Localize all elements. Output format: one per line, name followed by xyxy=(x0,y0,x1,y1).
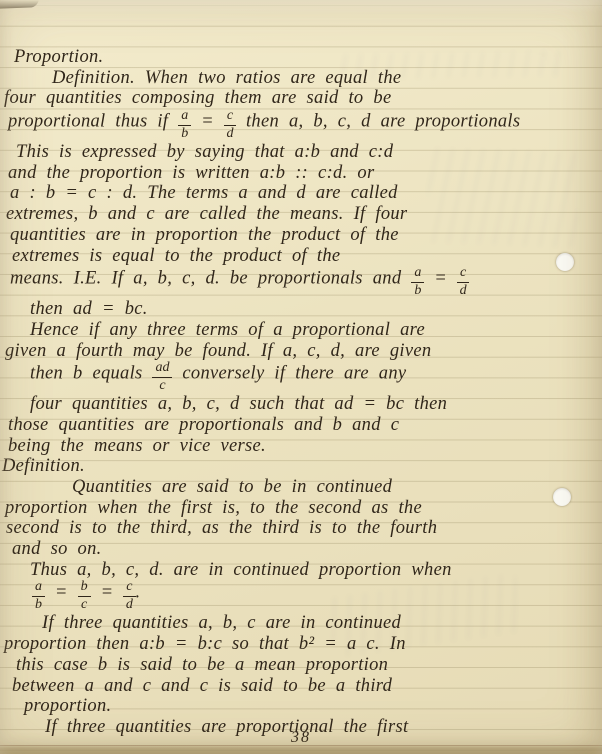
handwritten-line: proportional thus if ab = cd then a, b, … xyxy=(0,109,602,142)
text-run: proportion. xyxy=(24,696,111,716)
punch-hole-top xyxy=(556,253,574,271)
handwritten-line: Definition. When two ratios are equal th… xyxy=(0,68,602,89)
text-run: a : b = c : d. The terms a and d are cal… xyxy=(10,183,398,203)
text-run: quantities are in proportion the product… xyxy=(10,225,399,245)
handwritten-line: proportion then a:b = b:c so that b² = a… xyxy=(0,634,602,655)
handwritten-line: means. I.E. If a, b, c, d. be proportion… xyxy=(0,266,602,299)
handwritten-line: quantities are in proportion the product… xyxy=(0,225,602,246)
fraction: adc xyxy=(152,361,172,393)
text-run: those quantities are proportionals and b… xyxy=(8,415,399,435)
text-run: four quantities composing them are said … xyxy=(4,88,391,108)
handwritten-line: proportion. xyxy=(0,696,602,717)
handwriting-text: Proportion.Definition. When two ratios a… xyxy=(0,47,602,738)
handwritten-line: This is expressed by saying that a:b and… xyxy=(0,142,602,163)
text-run: . xyxy=(136,583,141,603)
text-run: means. I.E. If a, b, c, d. be proportion… xyxy=(10,269,411,289)
text-run: Proportion. xyxy=(14,47,103,67)
text-run: and so on. xyxy=(12,539,102,559)
text-run: This is expressed by saying that a:b and… xyxy=(16,142,393,162)
handwritten-line: those quantities are proportionals and b… xyxy=(0,415,602,436)
fraction: bc xyxy=(78,580,91,612)
handwritten-line: a : b = c : d. The terms a and d are cal… xyxy=(0,183,602,204)
handwritten-line: and the proportion is written a:b :: c:d… xyxy=(0,163,602,184)
text-run: Quantities are said to be in continued xyxy=(72,477,392,497)
text-run: Thus a, b, c, d. are in continued propor… xyxy=(30,560,452,580)
fraction: cd xyxy=(123,580,135,612)
handwritten-line: ab = bc = cd. xyxy=(0,580,602,613)
text-run: being the means or vice verse. xyxy=(8,436,266,456)
handwritten-line: given a fourth may be found. If a, c, d,… xyxy=(0,341,602,362)
text-run: then a, b, c, d are proportionals xyxy=(236,112,520,132)
handwritten-line: and so on. xyxy=(0,539,602,560)
text-run: = xyxy=(191,112,224,132)
text-run: then ad = bc. xyxy=(30,299,148,319)
handwritten-line: then ad = bc. xyxy=(0,299,602,320)
text-run: Definition. xyxy=(2,456,85,476)
text-run: extremes is equal to the product of the xyxy=(12,246,340,266)
punch-hole-bottom xyxy=(553,488,571,506)
text-run: proportional thus if xyxy=(8,112,178,132)
handwritten-line: extremes is equal to the product of the xyxy=(0,246,602,267)
handwritten-line: Proportion. xyxy=(0,47,602,68)
handwritten-line: Hence if any three terms of a proportion… xyxy=(0,320,602,341)
handwritten-line: being the means or vice verse. xyxy=(0,436,602,457)
text-run: = xyxy=(91,583,124,603)
text-run: conversely if there are any xyxy=(172,364,406,384)
text-run: between a and c and c is said to be a th… xyxy=(12,676,392,696)
handwritten-line: this case b is said to be a mean proport… xyxy=(0,655,602,676)
handwritten-line: second is to the third, as the third is … xyxy=(0,518,602,539)
text-run: second is to the third, as the third is … xyxy=(6,518,437,538)
handwritten-line: four quantities a, b, c, d such that ad … xyxy=(0,394,602,415)
fraction: ab xyxy=(411,266,424,298)
text-run: Hence if any three terms of a proportion… xyxy=(30,320,425,340)
fraction: cd xyxy=(457,266,469,298)
page-top-edge xyxy=(0,0,602,12)
handwritten-line: If three quantities a, b, c are in conti… xyxy=(0,613,602,634)
text-run: Definition. When two ratios are equal th… xyxy=(52,68,401,88)
text-run: extremes, b and c are called the means. … xyxy=(6,204,407,224)
handwritten-line: Definition. xyxy=(0,456,602,477)
text-run: If three quantities a, b, c are in conti… xyxy=(42,613,401,633)
handwritten-line: Quantities are said to be in continued xyxy=(0,477,602,498)
page-bottom-edge xyxy=(0,745,602,754)
fraction: ab xyxy=(178,109,191,141)
text-run: then b equals xyxy=(30,364,152,384)
fraction: cd xyxy=(224,109,236,141)
text-run: this case b is said to be a mean proport… xyxy=(16,655,388,675)
handwritten-line: proportion when the first is, to the sec… xyxy=(0,498,602,519)
text-run: proportion then a:b = b:c so that b² = a… xyxy=(4,634,406,654)
handwritten-line: four quantities composing them are said … xyxy=(0,88,602,109)
text-run: = xyxy=(45,583,78,603)
handwritten-line: extremes, b and c are called the means. … xyxy=(0,204,602,225)
notebook-page: Proportion.Definition. When two ratios a… xyxy=(0,0,602,754)
text-run: four quantities a, b, c, d such that ad … xyxy=(30,394,447,414)
text-run: = xyxy=(424,269,457,289)
handwritten-line: Thus a, b, c, d. are in continued propor… xyxy=(0,560,602,581)
fraction: ab xyxy=(32,580,45,612)
text-run: given a fourth may be found. If a, c, d,… xyxy=(5,341,431,361)
text-run: proportion when the first is, to the sec… xyxy=(5,498,422,518)
handwritten-line: between a and c and c is said to be a th… xyxy=(0,676,602,697)
handwritten-line: then b equals adc conversely if there ar… xyxy=(0,361,602,394)
text-run: and the proportion is written a:b :: c:d… xyxy=(8,163,374,183)
